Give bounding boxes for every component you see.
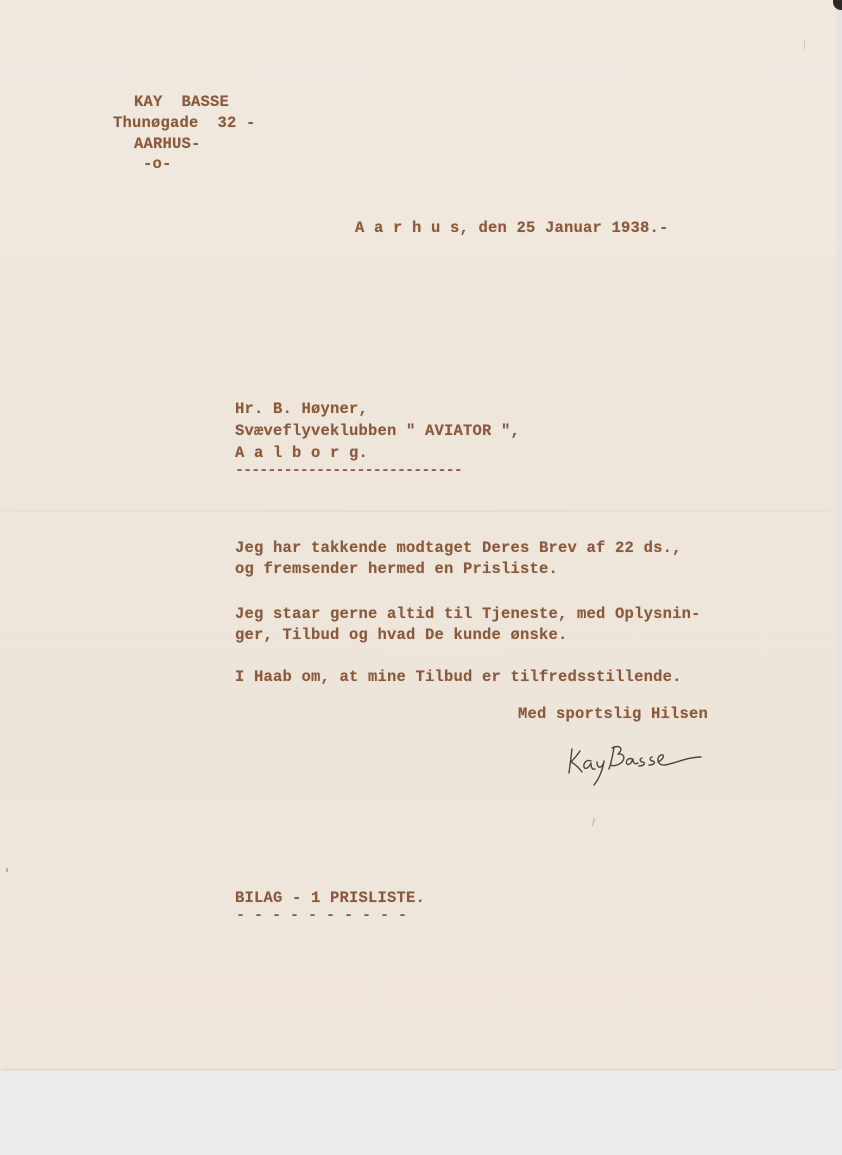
paragraph-2-line-2: ger, Tilbud og hvad De kunde ønske. [235,624,568,646]
paper-mark [804,40,805,50]
recipient-underline: ---------------------------- [235,464,462,478]
letterhead-ornament: -o- [143,153,172,175]
letter-paper: KAY BASSE Thunøgade 32 - AARHUS- -o- A a… [0,0,836,1069]
paragraph-1-line-2: og fremsender hermed en Prisliste. [235,558,558,580]
paper-fold-line [0,510,836,512]
enclosure-underline: - - - - - - - - - - [236,909,407,923]
recipient-club: Svæveflyveklubben " AVIATOR ", [235,420,520,442]
paragraph-1-line-1: Jeg har takkende modtaget Deres Brev af … [235,537,682,559]
paragraph-2-line-1: Jeg staar gerne altid til Tjeneste, med … [235,603,701,625]
recipient-name: Hr. B. Høyner, [235,398,368,420]
dateline: A a r h u s, den 25 Januar 1938.- [355,217,669,239]
sender-name: KAY BASSE [134,91,229,113]
closing-salutation: Med sportslig Hilsen [518,703,708,725]
paragraph-3-line-1: I Haab om, at mine Tilbud er tilfredssti… [235,666,682,688]
sender-street: Thunøgade 32 - [113,112,256,134]
handwritten-signature [566,735,716,790]
paper-mark [6,868,8,872]
enclosure-label: BILAG - 1 PRISLISTE. [235,887,425,909]
recipient-city: A a l b o r g. [235,442,368,464]
scanner-background-edge [836,10,842,1069]
sender-city: AARHUS- [134,133,201,155]
paper-mark [592,818,595,826]
